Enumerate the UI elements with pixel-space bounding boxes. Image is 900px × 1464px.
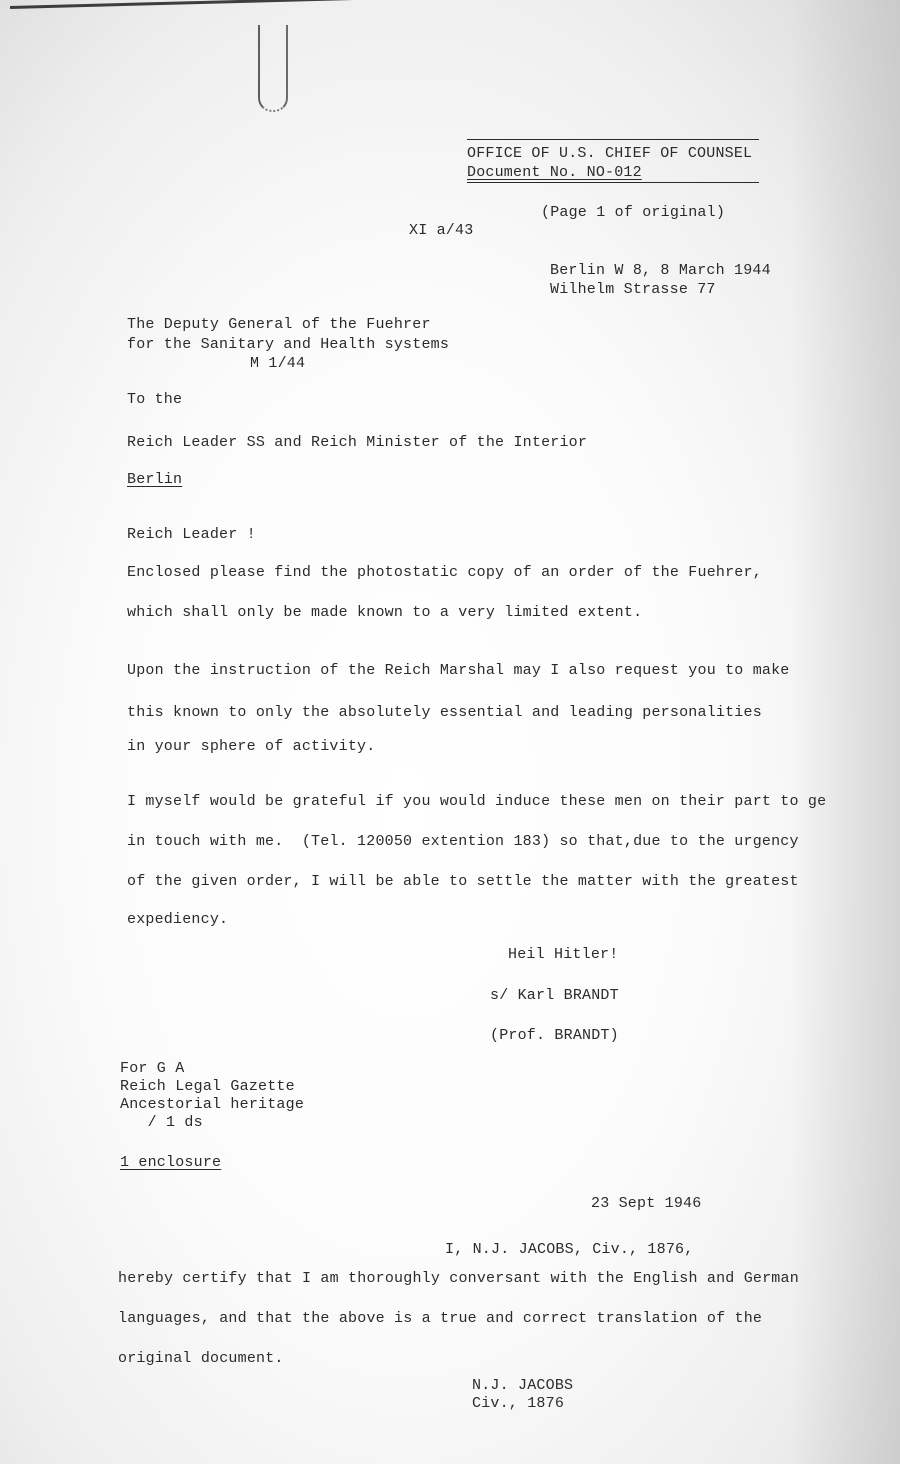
body-line: Enclosed please find the photostatic cop… xyxy=(127,564,762,581)
street-address: Wilhelm Strasse 77 xyxy=(550,281,716,298)
distribution-line: For G A xyxy=(120,1060,184,1077)
certification-line: original document. xyxy=(118,1350,284,1367)
body-line: I myself would be grateful if you would … xyxy=(127,793,826,810)
body-line: this known to only the absolutely essent… xyxy=(127,704,762,721)
header-top-rule xyxy=(467,139,759,140)
sender-line-2: for the Sanitary and Health systems xyxy=(127,336,449,353)
staple-mark xyxy=(258,25,288,112)
enclosure-note: 1 enclosure xyxy=(120,1154,221,1171)
place-date: Berlin W 8, 8 March 1944 xyxy=(550,262,771,279)
certification-date: 23 Sept 1946 xyxy=(591,1195,701,1212)
certification-intro: I, N.J. JACOBS, Civ., 1876, xyxy=(445,1241,693,1258)
certifier-id: Civ., 1876 xyxy=(472,1395,564,1412)
recipient-title: Reich Leader SS and Reich Minister of th… xyxy=(127,434,587,451)
distribution-line: Reich Legal Gazette xyxy=(120,1078,295,1095)
sender-line-1: The Deputy General of the Fuehrer xyxy=(127,316,431,333)
distribution-line: / 1 ds xyxy=(120,1114,203,1131)
body-line: in touch with me. (Tel. 120050 extention… xyxy=(127,833,799,850)
recipient-to: To the xyxy=(127,391,182,408)
page-note: (Page 1 of original) xyxy=(541,204,725,221)
closing-signature: s/ Karl BRANDT xyxy=(490,987,619,1004)
certification-line: languages, and that the above is a true … xyxy=(118,1310,762,1327)
body-line: which shall only be made known to a very… xyxy=(127,604,642,621)
body-line: in your sphere of activity. xyxy=(127,738,375,755)
header-bottom-rule xyxy=(467,182,759,183)
recipient-city: Berlin xyxy=(127,471,182,488)
closing-name: (Prof. BRANDT) xyxy=(490,1027,619,1044)
body-line: Upon the instruction of the Reich Marsha… xyxy=(127,662,790,679)
document-number: Document No. NO-012 xyxy=(467,164,642,181)
certification-line: hereby certify that I am thoroughly conv… xyxy=(118,1270,799,1287)
office-heading: OFFICE OF U.S. CHIEF OF COUNSEL xyxy=(467,145,752,162)
closing-greeting: Heil Hitler! xyxy=(508,946,618,963)
distribution-line: Ancestorial heritage xyxy=(120,1096,304,1113)
body-line: expediency. xyxy=(127,911,228,928)
certifier-name: N.J. JACOBS xyxy=(472,1377,573,1394)
body-line: of the given order, I will be able to se… xyxy=(127,873,799,890)
sender-reference: M 1/44 xyxy=(250,355,305,372)
file-reference: XI a/43 xyxy=(409,222,473,239)
salutation: Reich Leader ! xyxy=(127,526,256,543)
